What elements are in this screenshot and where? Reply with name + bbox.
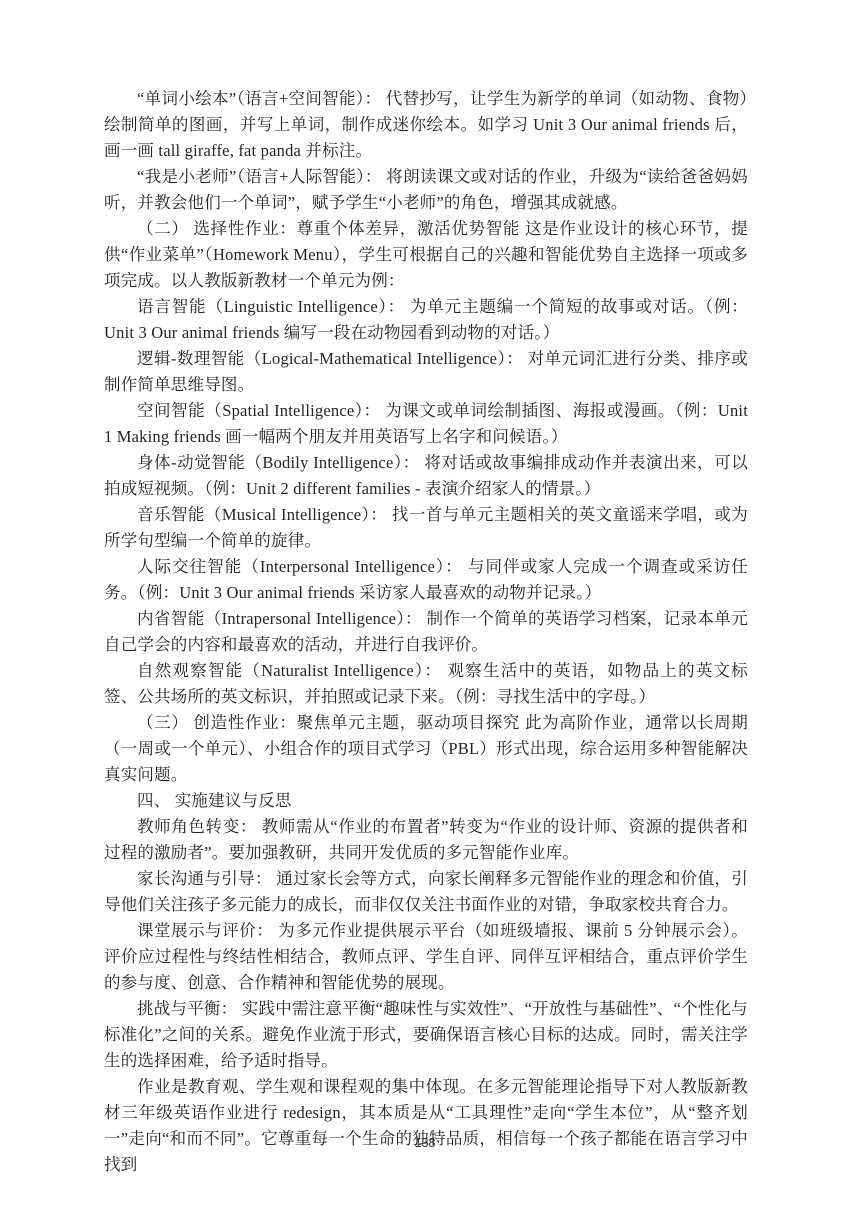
paragraph: （二） 选择性作业：尊重个体差异，激活优势智能 这是作业设计的核心环节，提供“作… xyxy=(104,216,748,294)
paragraph: 教师角色转变： 教师需从“作业的布置者”转变为“作业的设计师、资源的提供者和过程… xyxy=(104,814,748,866)
section-heading: 四、 实施建议与反思 xyxy=(104,788,748,814)
paragraph: 身体-动觉智能（Bodily Intelligence）： 将对话或故事编排成动… xyxy=(104,450,748,502)
paragraph: 家长沟通与引导： 通过家长会等方式，向家长阐释多元智能作业的理念和价值，引导他们… xyxy=(104,866,748,918)
page-number: 138 xyxy=(0,1136,850,1150)
paragraph: 人际交往智能（Interpersonal Intelligence）： 与同伴或… xyxy=(104,554,748,606)
paragraph: 空间智能（Spatial Intelligence）： 为课文或单词绘制插图、海… xyxy=(104,398,748,450)
paragraph: 内省智能（Intrapersonal Intelligence）： 制作一个简单… xyxy=(104,606,748,658)
paragraph: “我是小老师”（语言+人际智能）： 将朗读课文或对话的作业，升级为“读给爸爸妈妈… xyxy=(104,164,748,216)
document-body: “单词小绘本”（语言+空间智能）： 代替抄写，让学生为新学的单词（如动物、食物）… xyxy=(104,86,748,1178)
paragraph: 课堂展示与评价： 为多元作业提供展示平台（如班级墙报、课前 5 分钟展示会）。评… xyxy=(104,918,748,996)
paragraph: 自然观察智能（Naturalist Intelligence）： 观察生活中的英… xyxy=(104,658,748,710)
paragraph: “单词小绘本”（语言+空间智能）： 代替抄写，让学生为新学的单词（如动物、食物）… xyxy=(104,86,748,164)
paragraph: 作业是教育观、学生观和课程观的集中体现。在多元智能理论指导下对人教版新教材三年级… xyxy=(104,1074,748,1178)
paragraph: （三） 创造性作业：聚焦单元主题，驱动项目探究 此为高阶作业，通常以长周期（一周… xyxy=(104,710,748,788)
paragraph: 挑战与平衡： 实践中需注意平衡“趣味性与实效性”、“开放性与基础性”、“个性化与… xyxy=(104,996,748,1074)
paragraph: 语言智能（Linguistic Intelligence）： 为单元主题编一个简… xyxy=(104,294,748,346)
paragraph: 音乐智能（Musical Intelligence）： 找一首与单元主题相关的英… xyxy=(104,502,748,554)
paragraph: 逻辑-数理智能（Logical-Mathematical Intelligenc… xyxy=(104,346,748,398)
document-page: “单词小绘本”（语言+空间智能）： 代替抄写，让学生为新学的单词（如动物、食物）… xyxy=(0,0,850,1205)
